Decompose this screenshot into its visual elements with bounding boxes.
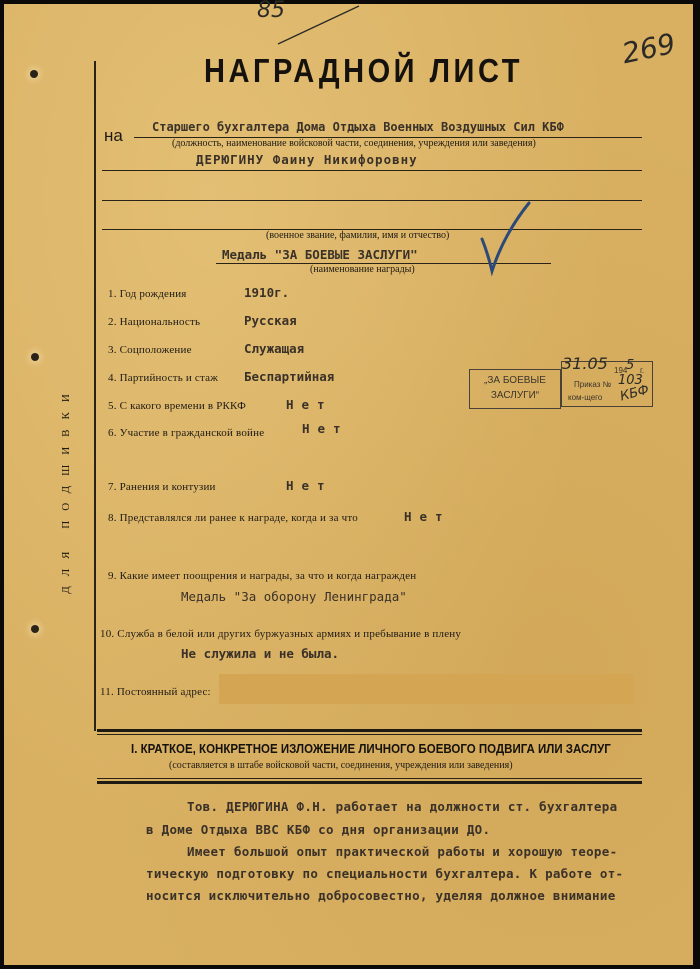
field-civil-war-value: Нет bbox=[302, 421, 349, 436]
body-line: носится исключительно добросовестно, уде… bbox=[146, 888, 616, 903]
field-party-value: Беспартийная bbox=[244, 369, 334, 384]
margin-line bbox=[94, 61, 96, 731]
na-label: на bbox=[104, 126, 123, 146]
name-line-2 bbox=[102, 200, 642, 201]
field-prior-awards-value: Нет bbox=[404, 509, 451, 524]
body-line: Тов. ДЕРЮГИНА Ф.Н. работает на должности… bbox=[187, 799, 617, 814]
name-line-1 bbox=[102, 170, 642, 171]
field-white-army-value: Не служила и не была. bbox=[181, 646, 339, 661]
field-address-label: 11. Постоянный адрес: bbox=[100, 686, 211, 698]
body-line: тическую подготовку по специальности бух… bbox=[146, 866, 623, 881]
field-honors-label: 9. Какие имеет поощрения и награды, за ч… bbox=[108, 570, 416, 582]
side-label-text: ДЛЯ ПОДШИВКИ bbox=[60, 334, 72, 644]
field-rkkf-value: Нет bbox=[286, 397, 333, 412]
section-title: I. КРАТКОЕ, КОНКРЕТНОЕ ИЗЛОЖЕНИЕ ЛИЧНОГО… bbox=[131, 742, 611, 756]
section-rule-top-thin bbox=[97, 734, 642, 735]
field-civil-war-label: 6. Участие в гражданской войне bbox=[108, 427, 264, 439]
stamp-year-handwritten: 5 bbox=[626, 358, 634, 373]
field-prior-awards-label: 8. Представлялся ли ранее к награде, ког… bbox=[108, 512, 358, 524]
field-social-status-value: Служащая bbox=[244, 341, 304, 356]
field-party-label: 4. Партийность и стаж bbox=[108, 372, 218, 384]
page-title: НАГРАДНОЙ ЛИСТ bbox=[204, 52, 523, 90]
stamp-order-label: Приказ № bbox=[574, 380, 611, 389]
punch-hole bbox=[31, 353, 39, 361]
field-birth-year-label: 1. Год рождения bbox=[108, 288, 187, 300]
handwritten-stroke-icon bbox=[274, 4, 364, 49]
section-rule-bottom-thin bbox=[97, 778, 642, 779]
stamp-award-line2: ЗАСЛУГИ“ bbox=[470, 388, 560, 403]
body-line: Имеет большой опыт практической работы и… bbox=[187, 844, 617, 859]
position-caption: (должность, наименование войсковой части… bbox=[172, 138, 536, 149]
name-value: ДЕРЮГИНУ Фаину Никифоровну bbox=[196, 152, 418, 167]
award-sheet-page: ДЛЯ ПОДШИВКИ 85 269 НАГРАДНОЙ ЛИСТ на Ст… bbox=[4, 4, 693, 965]
field-birth-year-value: 1910г. bbox=[244, 285, 289, 300]
body-line: в Доме Отдыха ВВС КБФ со дня организации… bbox=[146, 822, 490, 837]
section-rule-bottom bbox=[97, 781, 642, 784]
side-label: ДЛЯ ПОДШИВКИ bbox=[60, 334, 80, 644]
checkmark-icon bbox=[474, 199, 534, 279]
handwritten-page-number: 269 bbox=[619, 27, 678, 70]
punch-hole bbox=[30, 70, 38, 78]
award-caption: (наименование награды) bbox=[310, 264, 415, 275]
name-caption: (военное звание, фамилия, имя и отчество… bbox=[266, 230, 449, 241]
punch-hole bbox=[31, 625, 39, 633]
field-wounds-value: Нет bbox=[286, 478, 333, 493]
field-honors-value: Медаль "За оборону Ленинграда" bbox=[181, 589, 407, 604]
award-value: Медаль "ЗА БОЕВЫЕ ЗАСЛУГИ" bbox=[222, 247, 418, 262]
position-value: Старшего бухгалтера Дома Отдыха Военных … bbox=[152, 120, 564, 134]
stamp-date: 31.05 bbox=[562, 354, 608, 373]
field-social-status-label: 3. Соцположение bbox=[108, 344, 192, 356]
award-stamp: „ЗА БОЕВЫЕ ЗАСЛУГИ“ bbox=[469, 369, 561, 409]
address-redaction bbox=[219, 674, 634, 704]
field-nationality-value: Русская bbox=[244, 313, 297, 328]
section-subtitle: (составляется в штабе войсковой части, с… bbox=[169, 760, 513, 771]
section-rule-top bbox=[97, 729, 642, 732]
stamp-award-line1: „ЗА БОЕВЫЕ bbox=[470, 373, 560, 388]
stamp-commander-label: ком-щего bbox=[568, 393, 602, 402]
order-stamp: 31.05 194 5 г. Приказ № 103 ком-щего КБФ bbox=[561, 361, 653, 407]
field-white-army-label: 10. Служба в белой или других буржуазных… bbox=[100, 628, 461, 640]
field-wounds-label: 7. Ранения и контузии bbox=[108, 481, 216, 493]
field-rkkf-label: 5. С какого времени в РККФ bbox=[108, 400, 246, 412]
field-nationality-label: 2. Национальность bbox=[108, 316, 200, 328]
